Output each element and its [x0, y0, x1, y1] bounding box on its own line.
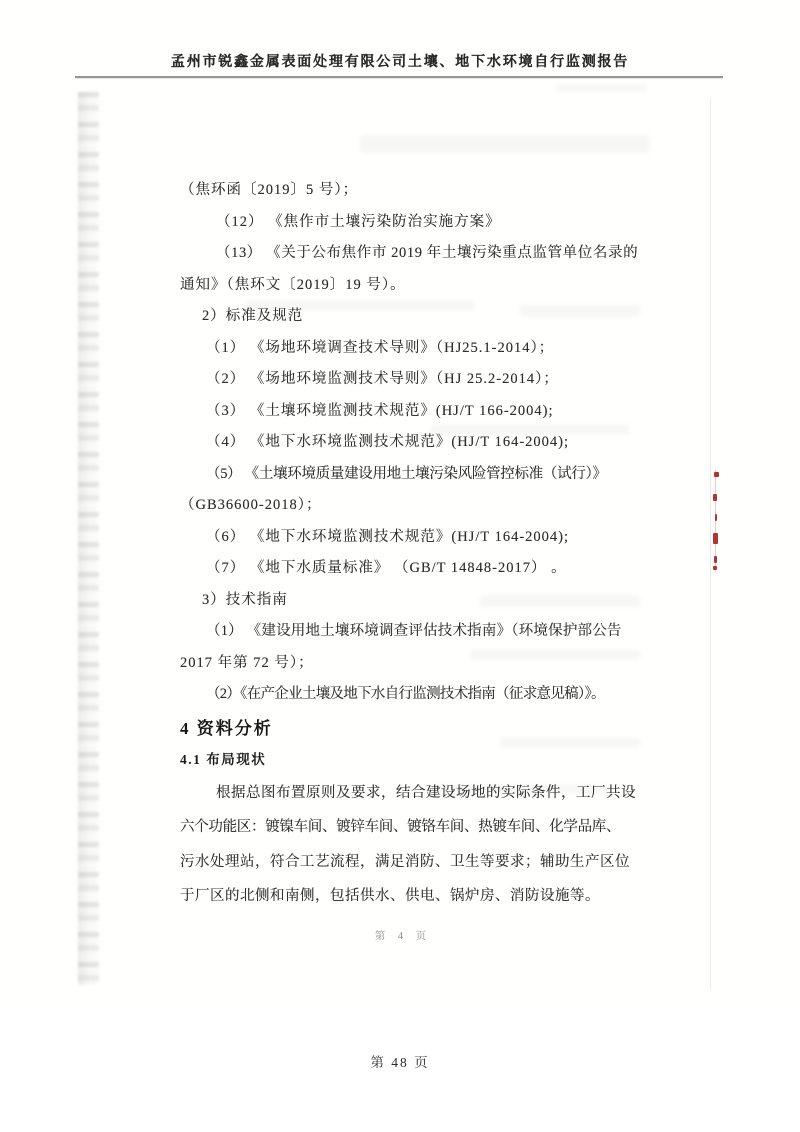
red-ink-mark [713, 533, 718, 544]
scan-edge-line [710, 98, 711, 990]
section-heading: 4 资料分析 [180, 714, 650, 748]
text-line: 根据总图布置原则及要求，结合建设场地的实际条件，工厂共设 [180, 781, 650, 816]
report-header-title: 孟州市锐鑫金属表面处理有限公司土壤、地下水环境自行监测报告 [0, 51, 800, 71]
text-line: （13） 《关于公布焦作市 2019 年土壤污染重点监管单位名录的 [180, 241, 650, 273]
scan-smudge [360, 135, 650, 153]
screenshot-root: { "header": { "title": "孟州市锐鑫金属表面处理有限公司土… [0, 0, 800, 1132]
text-line: （12） 《焦作市土壤污染防治实施方案》 [180, 210, 650, 242]
text-line: 通知》（焦环文〔2019〕19 号）。 [180, 273, 650, 305]
text-line: （6） 《地下水环境监测技术规范》(HJ/T 164-2004); [180, 525, 650, 557]
header-divider-line [75, 76, 723, 78]
text-line: （2）《在产企业土壤及地下水自行监测技术指南（征求意见稿）》。 [180, 682, 650, 714]
text-line: 六个功能区：镀镍车间、镀锌车间、镀铬车间、热镀车间、化学品库、 [180, 815, 650, 850]
text-line: （5） 《土壤环境质量建设用地土壤污染风险管控标准（试行）》 [180, 462, 650, 494]
text-line: （3） 《土壤环境监测技术规范》(HJ/T 166-2004); [180, 399, 650, 431]
text-line: 污水处理站，符合工艺流程，满足消防、卫生等要求；辅助生产区位 [180, 850, 650, 885]
text-line: （7） 《地下水质量标准》 （GB/T 14848-2017） 。 [180, 556, 650, 588]
red-ink-mark [713, 566, 717, 570]
layout-paragraph: 根据总图布置原则及要求，结合建设场地的实际条件，工厂共设六个功能区：镀镍车间、镀… [180, 781, 650, 919]
document-body: （焦环函〔2019〕5 号）；（12） 《焦作市土壤污染防治实施方案》（13） … [180, 178, 650, 943]
text-line: 2）标准及规范 [180, 304, 650, 336]
text-line: （GB36600-2018）； [180, 493, 650, 525]
reference-list: （焦环函〔2019〕5 号）；（12） 《焦作市土壤污染防治实施方案》（13） … [180, 178, 650, 714]
text-line: （焦环函〔2019〕5 号）； [180, 178, 650, 210]
text-line: （2） 《场地环境监测技术导则》（HJ 25.2-2014）； [180, 367, 650, 399]
text-line: 2017 年第 72 号）； [180, 651, 650, 683]
text-line: 3）技术指南 [180, 588, 650, 620]
red-ink-mark [714, 556, 717, 563]
text-line: （4） 《地下水环境监测技术规范》(HJ/T 164-2004); [180, 430, 650, 462]
red-ink-mark [714, 472, 719, 477]
red-ink-mark [713, 494, 717, 501]
text-line: 于厂区的北侧和南侧，包括供水、供电、锅炉房、消防设施等。 [180, 884, 650, 919]
scanned-document-page: 孟州市锐鑫金属表面处理有限公司土壤、地下水环境自行监测报告 （焦环函〔2019〕… [0, 0, 800, 1010]
text-line: （1） 《场地环境调查技术导则》（HJ25.1-2014）； [180, 336, 650, 368]
text-line: （1） 《建设用地土壤环境调查评估技术指南》（环境保护部公告 [180, 619, 650, 651]
section-subheading: 4.1 布局现状 [180, 748, 650, 764]
scan-smudge [556, 84, 646, 92]
viewer-page-number: 第 48 页 [0, 1051, 800, 1071]
scan-page-number: 第 4 页 [168, 928, 638, 943]
scan-binding-shadow [78, 92, 99, 985]
red-ink-mark [715, 514, 717, 521]
